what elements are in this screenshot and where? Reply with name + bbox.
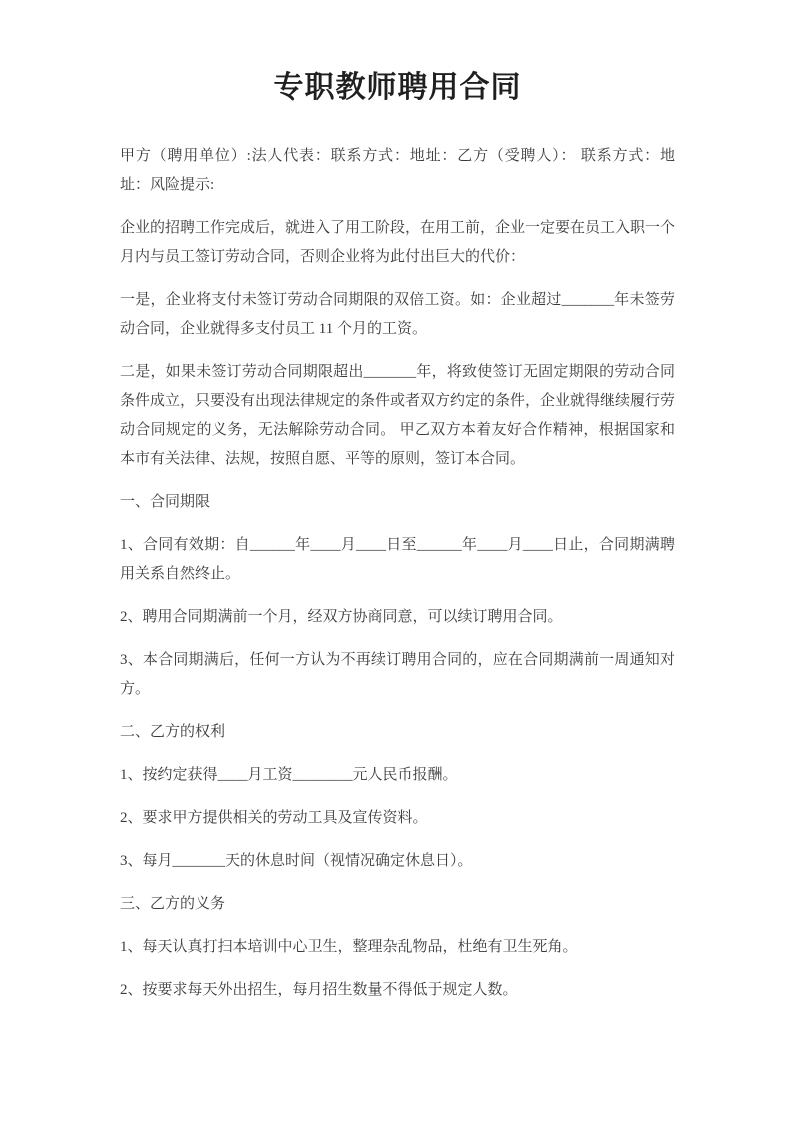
document-page: 专职教师聘用合同 甲方（聘用单位）:法人代表：联系方式：地址：乙方（受聘人）： … xyxy=(0,0,793,1122)
document-body: 甲方（聘用单位）:法人代表：联系方式：地址：乙方（受聘人）： 联系方式：地址：风… xyxy=(120,142,675,1005)
section-heading-party-b-rights: 二、乙方的权利 xyxy=(120,718,675,747)
clause-party-b-rights-3: 3、每月_______天的休息时间（视情况确定休息日）。 xyxy=(120,847,675,876)
clause-contract-term-3: 3、本合同期满后，任何一方认为不再续订聘用合同的，应在合同期满前一周通知对方。 xyxy=(120,646,675,704)
section-heading-party-b-obligations: 三、乙方的义务 xyxy=(120,890,675,919)
clause-contract-term-2: 2、聘用合同期满前一个月，经双方协商同意，可以续订聘用合同。 xyxy=(120,603,675,632)
preamble-point-two: 二是，如果未签订劳动合同期限超出_______年，将致使签订无固定期限的劳动合同… xyxy=(120,358,675,474)
clause-party-b-obligations-1: 1、每天认真打扫本培训中心卫生，整理杂乱物品，杜绝有卫生死角。 xyxy=(120,933,675,962)
clause-contract-term-1: 1、合同有效期：自______年____月____日至______年____月_… xyxy=(120,531,675,589)
clause-party-b-rights-1: 1、按约定获得____月工资________元人民币报酬。 xyxy=(120,761,675,790)
section-heading-contract-term: 一、合同期限 xyxy=(120,488,675,517)
preamble-point-one: 一是，企业将支付未签订劳动合同期限的双倍工资。如：企业超过_______年未签劳… xyxy=(120,286,675,344)
preamble-parties-line: 甲方（聘用单位）:法人代表：联系方式：地址：乙方（受聘人）： 联系方式：地址：风… xyxy=(120,142,675,200)
clause-party-b-rights-2: 2、要求甲方提供相关的劳动工具及宣传资料。 xyxy=(120,804,675,833)
clause-party-b-obligations-2: 2、按要求每天外出招生，每月招生数量不得低于规定人数。 xyxy=(120,976,675,1005)
document-title: 专职教师聘用合同 xyxy=(120,66,675,110)
preamble-risk-intro: 企业的招聘工作完成后，就进入了用工阶段，在用工前，企业一定要在员工入职一个月内与… xyxy=(120,214,675,272)
